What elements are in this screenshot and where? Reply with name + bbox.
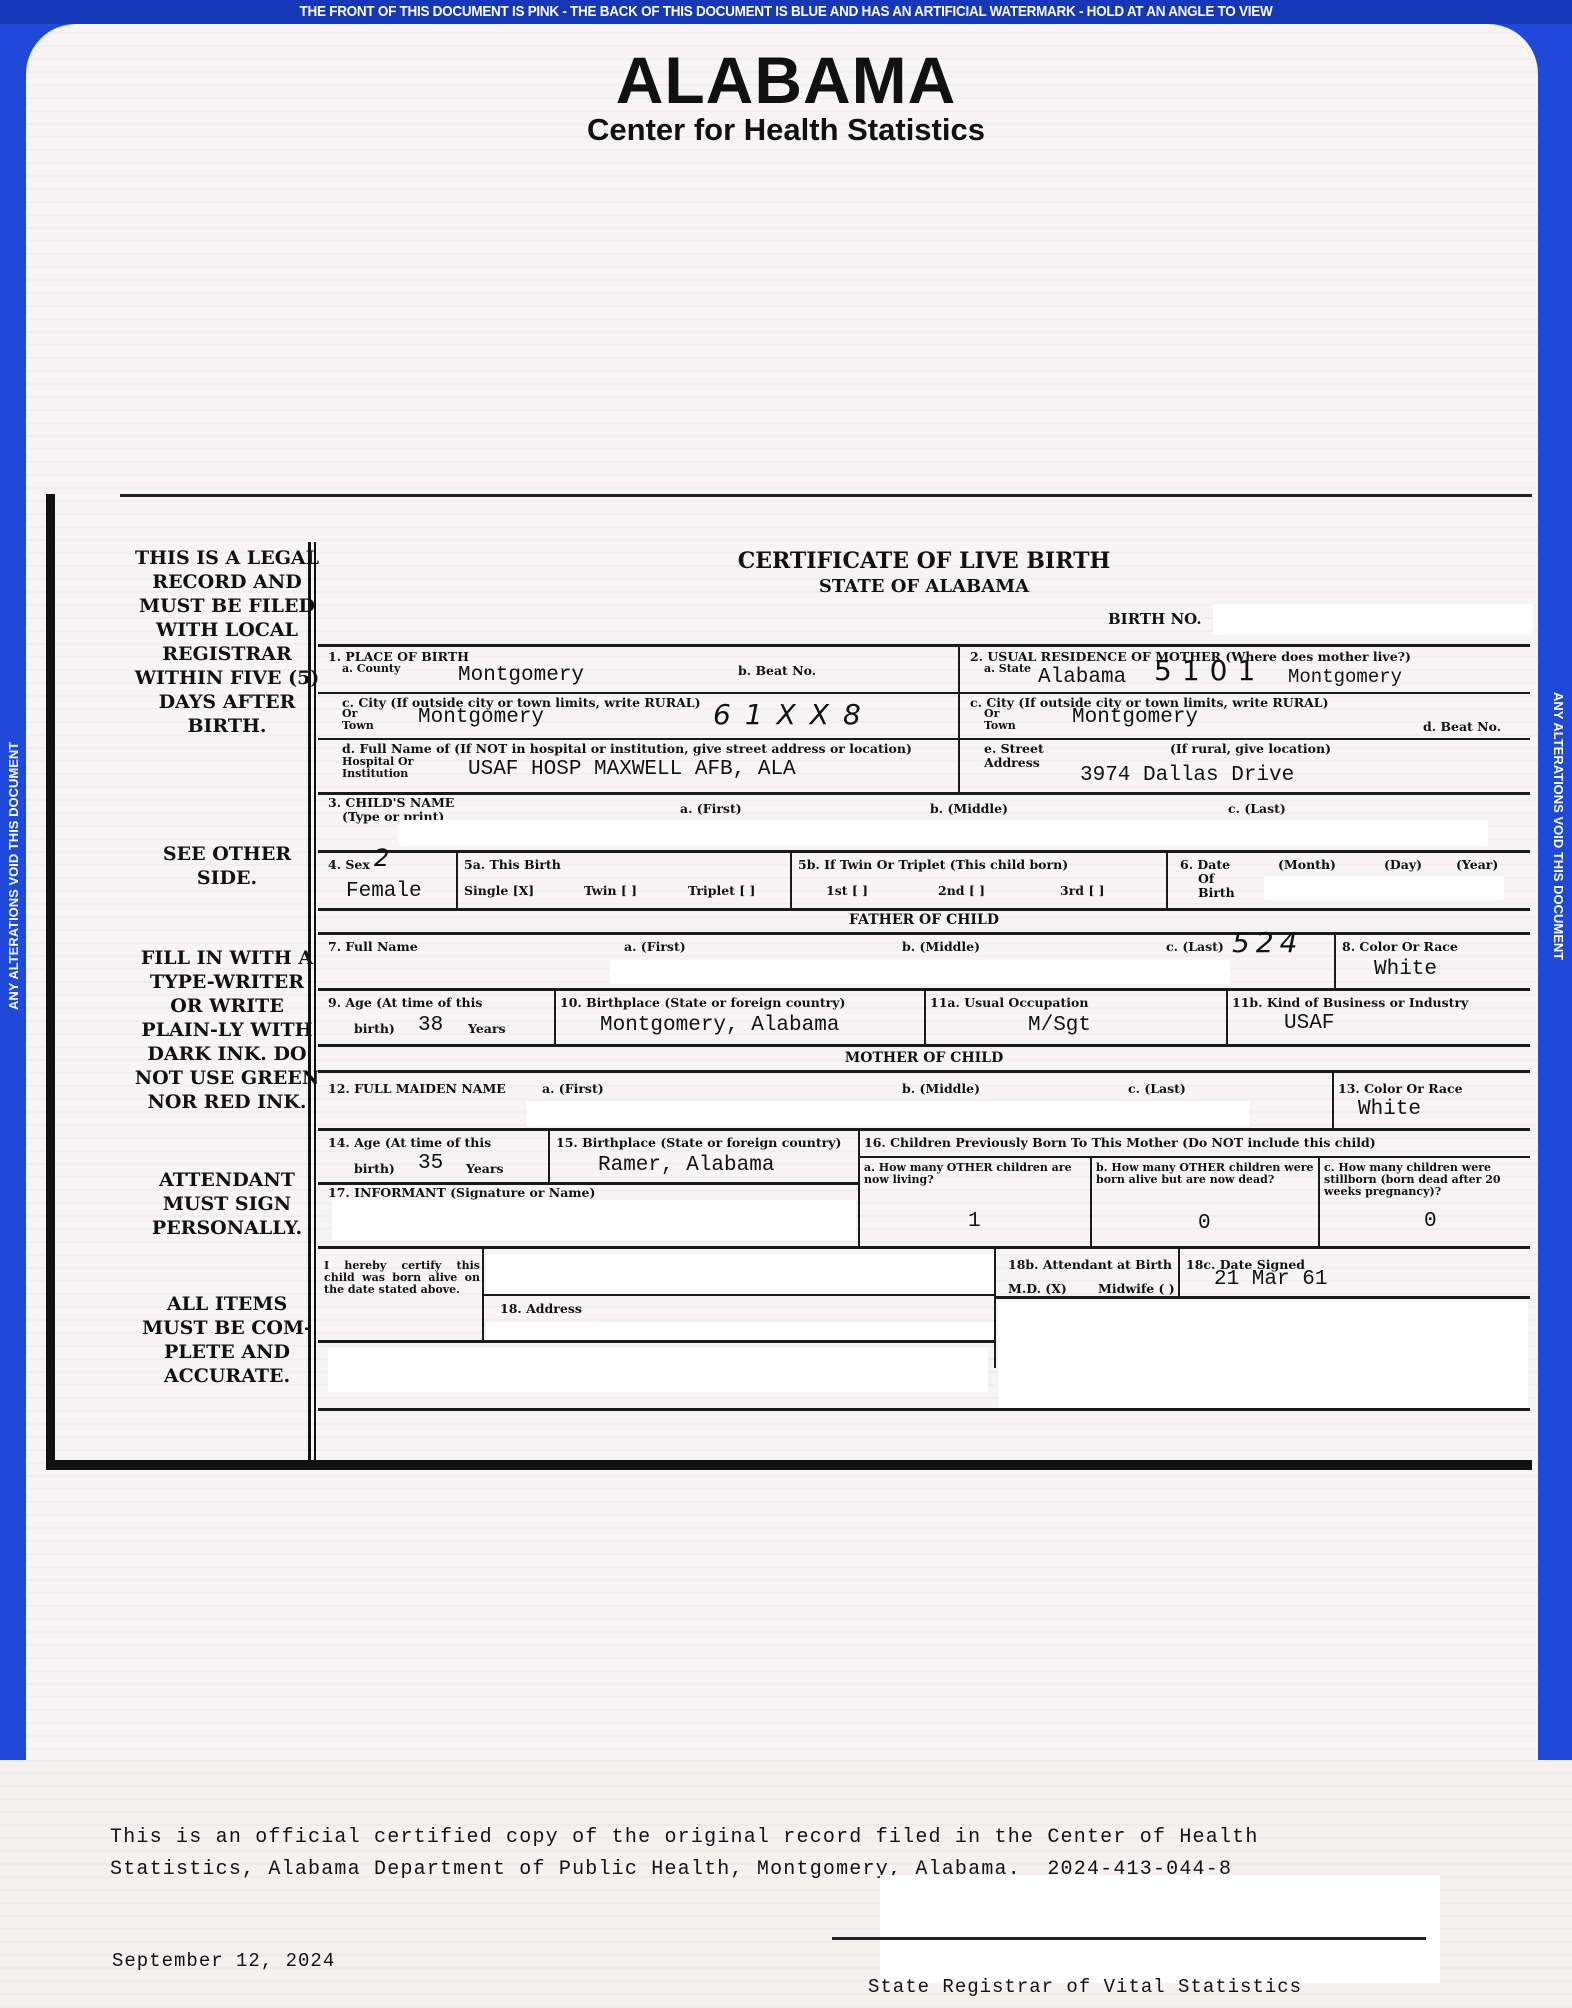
hospital-label: d. Full Name of (If NOT in hospital or i… [342,742,912,756]
registrar-title: State Registrar of Vital Statistics [868,1976,1302,1998]
certificate-title: CERTIFICATE OF LIVE BIRTH [318,548,1530,574]
note-legal-record: THIS IS A LEGAL RECORD AND MUST BE FILED… [132,546,322,738]
mother-birthplace: Ramer, Alabama [598,1154,774,1177]
children-living: 1 [968,1210,981,1233]
signature-redaction [880,1875,1440,1983]
birth-certificate: THIS IS A LEGAL RECORD AND MUST BE FILED… [46,494,1532,1470]
birth-no-label: BIRTH NO. [1108,610,1202,628]
city-town-label: Town [342,720,374,732]
children-dead: 0 [1198,1212,1211,1235]
mother-name-label: 12. FULL MAIDEN NAME [328,1082,506,1096]
dob-birth-label: Birth [1198,886,1235,900]
twin-checkbox: Twin [ ] [584,884,637,898]
father-age-sub: birth) [354,1022,395,1036]
stillborn-label: c. How many children were stillborn (bor… [1324,1162,1530,1198]
sex-code: 2 [374,844,389,872]
left-void-warning: ANY ALTERATIONS VOID THIS DOCUMENT [6,742,21,1010]
child-first-label: a. (First) [680,802,742,816]
mother-middle-label: b. (Middle) [902,1082,980,1096]
first-born-checkbox: 1st [ ] [826,884,868,898]
attendant-address-label: 18. Address [500,1302,582,1316]
father-age-label: 9. Age (At time of this [328,996,482,1010]
mother-last-label: c. (Last) [1128,1082,1186,1096]
children-dead-label: b. How many OTHER children were born ali… [1096,1162,1316,1186]
sex-label: 4. Sex [328,858,370,872]
father-birthplace-label: 10. Birthplace (State or foreign country… [560,996,845,1010]
father-years-label: Years [468,1022,506,1036]
this-birth-label: 5a. This Birth [464,858,561,872]
redaction [1213,604,1533,634]
certificate-form: CERTIFICATE OF LIVE BIRTH STATE OF ALABA… [318,542,1530,1460]
third-born-checkbox: 3rd [ ] [1060,884,1105,898]
md-checkbox: M.D. (X) [1008,1282,1067,1296]
redaction [998,1302,1528,1408]
address-label: Address [984,756,1040,770]
mother-race-label: 13. Color Or Race [1338,1082,1463,1096]
residence-town-label: Town [984,720,1016,732]
child-last-label: c. (Last) [1228,802,1286,816]
residence-code: 5101 [1154,654,1265,687]
residence-county: Montgomery [1288,666,1402,688]
dob-day-label: (Day) [1384,858,1422,872]
mother-age: 35 [418,1152,443,1175]
father-race-label: 8. Color Or Race [1342,940,1458,954]
redaction [526,1102,1250,1126]
registrar-signature-line [832,1937,1426,1940]
attendant-label: 18b. Attendant at Birth [1008,1258,1172,1272]
father-section-title: FATHER OF CHILD [318,912,1530,928]
redaction [332,1200,856,1240]
dob-year-label: (Year) [1456,858,1498,872]
institution-sub-label: Institution [342,768,408,780]
residence-beat-label: d. Beat No. [1423,720,1501,734]
birth-city-code: 61XX8 [713,698,875,731]
birth-county: Montgomery [458,664,584,687]
issue-date: September 12, 2024 [112,1950,335,1972]
security-banner-text: THE FRONT OF THIS DOCUMENT IS PINK - THE… [79,3,1494,20]
date-signed: 21 Mar 61 [1214,1268,1327,1291]
page-title: ALABAMA [0,42,1572,118]
mother-birthplace-label: 15. Birthplace (State or foreign country… [556,1136,841,1150]
note-see-other-side: SEE OTHER SIDE. [132,842,322,890]
state-label: a. State [984,663,1031,675]
child-name-label: 3. CHILD'S NAME [328,796,454,810]
dob-of-label: Of [1198,872,1214,886]
residence-street: 3974 Dallas Drive [1080,764,1294,787]
child-middle-label: b. (Middle) [930,802,1008,816]
children-previously-born-label: 16. Children Previously Born To This Mot… [864,1136,1376,1150]
residence-state: Alabama [1038,666,1126,689]
certification-line-1: This is an official certified copy of th… [110,1826,1259,1849]
father-business-label: 11b. Kind of Business or Industry [1232,996,1468,1010]
redaction [398,820,1488,846]
birth-city: Montgomery [418,706,544,729]
note-fill-in: FILL IN WITH A TYPE-WRITER OR WRITE PLAI… [132,946,322,1114]
hospital-name: USAF HOSP MAXWELL AFB, ALA [468,758,796,781]
note-all-items: ALL ITEMS MUST BE COM-PLETE AND ACCURATE… [132,1292,322,1388]
midwife-checkbox: Midwife ( ) [1098,1282,1175,1296]
twin-triplet-label: 5b. If Twin Or Triplet (This child born) [798,858,1068,872]
page-subtitle: Center for Health Statistics [0,112,1572,148]
mother-age-sub: birth) [354,1162,395,1176]
right-void-warning: ANY ALTERATIONS VOID THIS DOCUMENT [1551,692,1566,960]
certify-statement: I hereby certify this child was born ali… [324,1260,480,1296]
street-label: e. Street [984,742,1044,756]
father-last-label: c. (Last) [1166,940,1224,954]
informant-label: 17. INFORMANT (Signature or Name) [328,1186,595,1200]
residence-city: Montgomery [1072,706,1198,729]
second-born-checkbox: 2nd [ ] [938,884,985,898]
father-first-label: a. (First) [624,940,686,954]
dob-month-label: (Month) [1278,858,1336,872]
mother-age-label: 14. Age (At time of this [328,1136,491,1150]
note-attendant: ATTENDANT MUST SIGN PERSONALLY. [132,1168,322,1240]
redaction [486,1254,994,1294]
children-living-label: a. How many OTHER children are now livin… [864,1162,1088,1186]
stillborn: 0 [1424,1210,1437,1233]
triplet-checkbox: Triplet [ ] [688,884,755,898]
certificate-subtitle: STATE OF ALABAMA [318,576,1530,597]
father-occupation-label: 11a. Usual Occupation [930,996,1088,1010]
beat-no-label: b. Beat No. [738,664,816,678]
rural-note: (If rural, give location) [1170,742,1331,756]
father-occupation: M/Sgt [1028,1014,1091,1037]
mother-first-label: a. (First) [542,1082,604,1096]
dob-label: 6. Date [1180,858,1230,872]
redaction [486,1322,994,1340]
single-checkbox: Single [X] [464,884,534,898]
father-middle-label: b. (Middle) [902,940,980,954]
father-name-label: 7. Full Name [328,940,418,954]
father-birthplace: Montgomery, Alabama [600,1014,839,1037]
father-race: White [1374,958,1437,981]
mother-section-title: MOTHER OF CHILD [318,1050,1530,1066]
sex-value: Female [346,880,422,903]
county-label: a. County [342,663,400,675]
redaction [1264,876,1504,900]
redaction [328,1348,988,1392]
father-business: USAF [1284,1012,1334,1035]
mother-years-label: Years [466,1162,504,1176]
father-code: 524 [1232,926,1303,959]
father-age: 38 [418,1014,443,1037]
mother-race: White [1358,1098,1421,1121]
redaction [610,960,1230,984]
